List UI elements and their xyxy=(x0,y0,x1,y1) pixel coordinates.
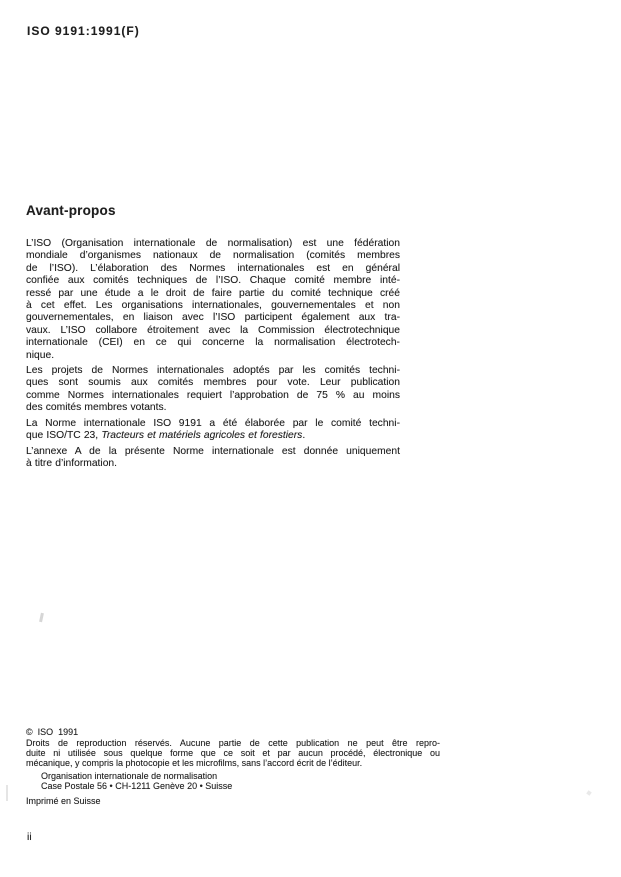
text-line: L’annexe A de la présente Norme internat… xyxy=(26,446,400,458)
section-title: Avant-propos xyxy=(26,203,400,218)
text-line: L’ISO (Organisation internationale de no… xyxy=(26,238,400,250)
publisher-name: Organisation internationale de normalisa… xyxy=(41,771,440,781)
text-line: nique. xyxy=(26,350,400,362)
foreword-section: Avant-propos L’ISO (Organisation interna… xyxy=(26,203,400,473)
text-line: La Norme internationale ISO 9191 a été é… xyxy=(26,418,400,430)
publisher-address: Case Postale 56 • CH-1211 Genève 20 • Su… xyxy=(41,781,440,791)
text-line: de l’ISO). L’élaboration des Normes inte… xyxy=(26,263,400,275)
text-line: vaux. L’ISO collabore étroitement avec l… xyxy=(26,325,400,337)
text-line: que ISO/TC 23, Tracteurs et matériels ag… xyxy=(26,430,400,442)
text-line: duite ni utilisée sous quelque forme que… xyxy=(26,748,440,758)
copyright-block: © ISO 1991 Droits de reproduction réserv… xyxy=(26,727,440,806)
scan-artifact xyxy=(6,785,8,801)
text-line: mondiale d’organismes nationaux de norma… xyxy=(26,250,400,262)
rights-notice: Droits de reproduction réservés. Aucune … xyxy=(26,738,440,768)
document-page: ISO 9191:1991(F) Avant-propos L’ISO (Org… xyxy=(0,0,621,877)
text-line: confiée aux comités techniques de l’ISO.… xyxy=(26,275,400,287)
text-line: Les projets de Normes internationales ad… xyxy=(26,365,400,377)
scan-artifact xyxy=(39,613,44,622)
text-line: internationale (CEI) en ce qui concerne … xyxy=(26,337,400,349)
publisher-block: Organisation internationale de normalisa… xyxy=(26,771,440,791)
page-number: ii xyxy=(27,831,32,843)
text-line: mécanique, y compris la photocopie et le… xyxy=(26,758,440,768)
text-line: ressé par une étude a le droit de faire … xyxy=(26,288,400,300)
text-line: ques sont soumis aux comités membres pou… xyxy=(26,377,400,389)
text-line: à titre d’information. xyxy=(26,458,400,470)
text-line: des comités membres votants. xyxy=(26,402,400,414)
text-line: comme Normes internationales requiert l’… xyxy=(26,390,400,402)
text-line: gouvernementales, en liaison avec l’ISO … xyxy=(26,312,400,324)
paragraph-committee: La Norme internationale ISO 9191 a été é… xyxy=(26,418,400,443)
copyright-line: © ISO 1991 xyxy=(26,727,440,737)
paragraph-draft-approval: Les projets de Normes internationales ad… xyxy=(26,365,400,415)
paragraph-iso-federation: L’ISO (Organisation internationale de no… xyxy=(26,238,400,362)
text-line: Droits de reproduction réservés. Aucune … xyxy=(26,738,440,748)
scan-artifact xyxy=(586,790,592,796)
printed-in-notice: Imprimé en Suisse xyxy=(26,796,440,806)
text-line: à cet effet. Les organisations internati… xyxy=(26,300,400,312)
doc-reference: ISO 9191:1991(F) xyxy=(27,24,140,38)
paragraph-annex-note: L’annexe A de la présente Norme internat… xyxy=(26,446,400,471)
